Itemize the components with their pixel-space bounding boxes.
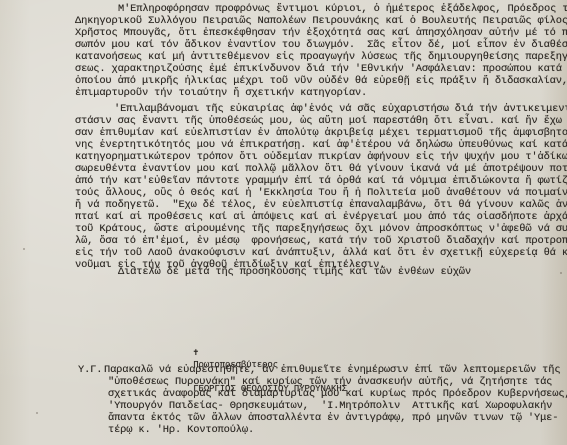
paragraph-1-line: σωπόν μου καί τόν ἄδικον ἐναντίον του δι…: [75, 39, 567, 51]
paragraph-2-line: πταί καί αἱ προθέσεις καί αἱ ἀπόψεις καί…: [75, 211, 567, 223]
paragraph-1-line: ὁποίου ἀπό μικρῆς ἡλικίας μέχρι τοῦ νῦν …: [75, 75, 567, 87]
postscript-line: τέρῳ κ. 'Ηρ. Κοντοπούλῳ.: [108, 424, 254, 436]
paragraph-2-line: ἀπό τήν κατ'εὐθεῖαν πάντοτε γραμμήν ἐπί …: [75, 175, 567, 187]
paragraph-1-line: Χρῆστος Μπουγᾶς, ὅτι ἐπεσκέφθησαν τήν ἐξ…: [75, 27, 567, 39]
paragraph-1-line: Μ'Επληροφόρησαν προφρόνως ἔντιμοι κύριοι…: [118, 3, 567, 15]
typewritten-letter-page: Μ'Επληροφόρησαν προφρόνως ἔντιμοι κύριοι…: [0, 0, 567, 445]
paragraph-1-line: σεως. χαρακτηριζούσης ἐμέ ἐπικίνδυνον δι…: [75, 63, 567, 75]
paragraph-2-line: κατηγορηματικώτερον τρόπον ὅτι οὐδεμίαν …: [75, 151, 567, 163]
paper-speck: [23, 248, 25, 250]
paragraph-2-line: εἰς τήν τοῦ Λαοῦ ἀνακούφισιν καί ἀνάπτυξ…: [75, 247, 567, 259]
paragraph-1-line: ἐπιμαρτυροῦν τήν τοιαύτην ἤ σχετικήν κατ…: [75, 87, 367, 99]
paper-speck: [36, 412, 38, 414]
paragraph-2-line: τούς ἄλλους, οὓς ὁ Θεός καί ἡ 'Εκκλησία …: [75, 187, 567, 199]
paragraph-2-line: ἤ νά ποδηγετῶ. "Εχω δέ τέλος, ἐν εὐελπισ…: [75, 199, 567, 211]
postscript-label: Υ.Γ.: [78, 364, 102, 376]
postscript-line: Παρακαλῶ νά εὐαρεστηθῆτε, ἄν ἐπιθυμεῖτε …: [104, 364, 560, 376]
paragraph-1-line: Δηκηγορικοῦ Συλλόγου Πειραιῶς Ναπολέων Π…: [75, 15, 567, 27]
postscript-line: "ὑποθέσεως Πυρουνάκη" καί κυρίως τῶν τήν…: [108, 376, 552, 388]
cross-mark-icon: ✝: [193, 348, 198, 358]
paragraph-2-line: σωρευθέντα ἐναντίον μου καί πολλῷ μᾶλλον…: [75, 163, 567, 175]
postscript-line: σχετικάς ἀναφοράς καί διαμαρτυρίας μου κ…: [108, 388, 567, 400]
paragraph-1-line: κατανοήσεως καί μή ἀντιτεθέμενον εἰς προ…: [75, 51, 567, 63]
closing-line: Διατελῶ δέ μετά τῆς προσηκούσης τιμῆς κα…: [118, 266, 471, 278]
paragraph-2-line: 'Επιλαμβάνομαι τῆς εὐκαιρίας ἀφ'ἑνός νά …: [114, 103, 567, 115]
paragraph-2-line: τοῦ Κράτους, ὥστε αἰρουμένης τῆς παρεξηγ…: [75, 223, 567, 235]
postscript-line: ἅπαντα ἐκτός τῶν ἄλλων ἀποσταλλέντα ἐν ἀ…: [108, 412, 558, 424]
paragraph-2-line: σαν ἐπιθυμίαν καί εὐελπιστίαν ἐν ἀπολύτῳ…: [75, 127, 567, 139]
postscript-line: 'Υπουργόν Παιδείας- Θρησκευμάτων, 'Ι.Μητ…: [108, 400, 552, 412]
paragraph-2-line: λῶ, ὅσα τό ἐπ'ἐμοί, ἐν μέσῳ φρονήσεως, κ…: [75, 235, 567, 247]
paper-speck: [560, 272, 562, 274]
paragraph-2-line: νης ἐνερτητικότητός μου νά ἐπικρατήσῃ. κ…: [75, 139, 567, 151]
paragraph-2-line: στάσιν σας ἔναντι τῆς ὑποθέσεώς μου, ὡς …: [75, 115, 567, 127]
